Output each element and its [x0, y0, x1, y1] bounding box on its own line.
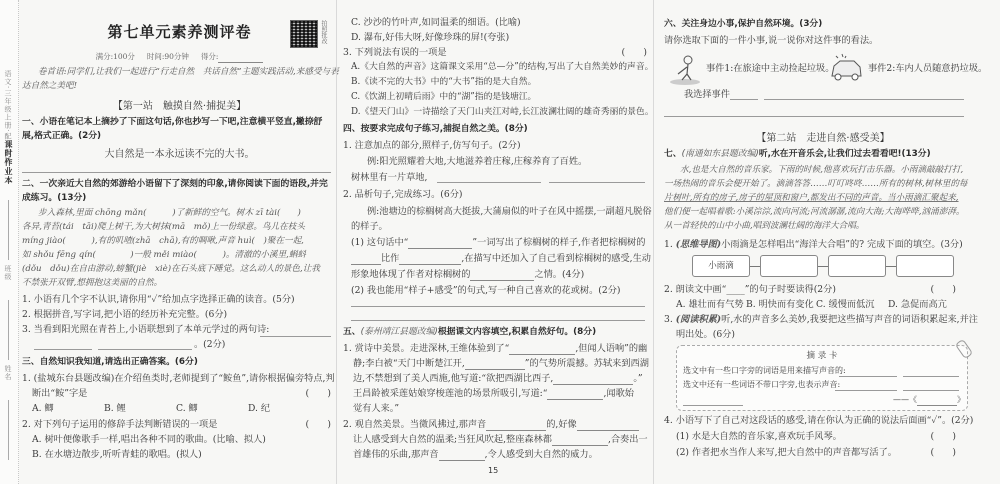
station-2-heading: 【第二站 走进自然·感受美】	[664, 132, 982, 145]
q7-2-answer-paren[interactable]: ( )	[930, 283, 956, 296]
q3-2-option-c[interactable]: C. 沙沙的竹叶声,如同温柔的细语。(比喻)	[351, 16, 653, 29]
q7-title-text: 听,水在开音乐会,让我们过去看看吧!(13分)	[759, 149, 931, 159]
q3-3-stem: 3. 下列说法有误的一项是	[343, 46, 653, 59]
q7-3-tag: (阅读积累)	[676, 314, 721, 325]
option-b[interactable]: B. 明快而有变化	[746, 298, 816, 311]
q5-2-blank[interactable]	[486, 420, 546, 431]
q5-1-part: ”的气势所震撼。苏轼来到西湖	[525, 358, 649, 369]
q4-2-1-part: (1) 这句话中“	[351, 237, 408, 248]
q2-item-2: 2. 根据拼音,写字词,把小语的经历补充完整。(6分)	[22, 308, 337, 321]
q5-2-part: 让人感受到大自然的温柔;当狂风吹起,整座森林都	[353, 434, 552, 445]
excerpt-card-title: 摘 录 卡	[677, 350, 967, 363]
option-c[interactable]: C. 缓慢而低沉	[816, 298, 888, 311]
q4-2-1-part: 之情。(4分)	[534, 269, 584, 280]
q7-3-text: 听,水的声音多么美妙,我要把这些描写声音的词语积累起来,并注	[721, 314, 978, 325]
margin-label-name: 姓名	[3, 365, 13, 381]
event-choice-blank[interactable]	[730, 99, 758, 100]
page-middle-column: C. 沙沙的竹叶声,如同温柔的细语。(比喻) D. 瀑布,好伟大呀,好像珍珠的屏…	[336, 0, 654, 484]
q2-passage-line: 不禁张开双臂,想拥抱这美丽的自然。	[22, 277, 337, 290]
flow-arrow	[886, 266, 896, 267]
q2-passage-line: 如 shǒu fēng qín( )一般 měi miào( )。清澈的小溪里,…	[22, 249, 337, 262]
q2-item-3-blank[interactable]	[34, 349, 92, 350]
q5-1-blank[interactable]	[553, 374, 633, 385]
q3-3-option-a[interactable]: A.《大自然的声音》这篇课文采用“总—分”的结构,写出了大自然美妙的声音。	[351, 61, 653, 74]
q2-item-3: 3. 当看到阳光照在青苔上,小语联想到了本单元学过的两句诗:	[22, 323, 337, 336]
q5-2-part: 的,好像	[546, 419, 576, 430]
q5-title-text: 根据课文内容填空,积累自然好句。(8分)	[438, 327, 596, 337]
margin-brand: 课时作业本	[3, 140, 14, 185]
option-a[interactable]: A. 雄壮而有气势	[676, 298, 746, 311]
q7-passage-line: 一场热闹的音乐会便开始了。滴滴答答……叮叮咚咚……所有的树林,树林里的每	[664, 178, 982, 191]
q7-1-stem: 1. (思维导图)小雨滴是怎样唱出“海洋大合唱”的? 完成下面的填空。(3分)	[664, 238, 982, 251]
q2-title: 二、一次亲近大自然的郊游给小语留下了深刻的印象,请你阅读下面的语段,并完	[22, 178, 337, 191]
excerpt-source: ——《》	[893, 393, 967, 406]
q2-item-3-blank[interactable]	[260, 336, 331, 337]
option-c[interactable]: C. 鲫	[176, 402, 248, 415]
q5-1-text: 静;李白被“天门中断楚江开,”的气势所震撼。苏轼来到西湖	[353, 357, 653, 370]
q2-item-3-blank[interactable]	[98, 349, 192, 350]
q3-2-stem: 2. 对下列句子运用的修辞手法判断错误的一项是	[22, 418, 337, 431]
q6-prompt: 请你选取下面的一件小事,说一说你对这件事的看法。	[664, 34, 982, 47]
q5-2-part: ,令人感受到大自然的威力。	[485, 449, 598, 460]
q5-title: 五、(泰州靖江县题改编)根据课文内容填空,积累自然好句。(8分)	[343, 326, 653, 339]
q4-2-1-blank[interactable]	[470, 270, 534, 281]
q5-1-blank[interactable]	[465, 359, 525, 370]
q7-1-tag: (思维导图)	[676, 239, 721, 250]
excerpt-blank[interactable]	[903, 390, 959, 391]
q5-2-part: ,合奏出一	[608, 434, 648, 445]
q4-2-1-part: ,在描写中还加入了自己看到棕榈树的感受,生动	[461, 253, 651, 264]
q5-2-text: 2. 观自然美景。当微风拂过,那声音的,好像	[343, 418, 653, 431]
q2-passage-line: (dǒu dǒu)在自由游动,螃蟹(jiè xiè)在石头底下睡觉。这么动人的景…	[22, 263, 337, 276]
q4-2-example: 例:池塘边的棕榈树高大挺拔,大蒲扇似的叶子在风中摇摆,一副超凡脱俗	[367, 205, 653, 218]
exam-meta: 满分:100分 时间:90分钟 得分:	[22, 50, 337, 63]
q3-1-answer-paren[interactable]: ( )	[305, 387, 331, 400]
q3-3-option-b[interactable]: B.《读不完的大书》中的“大书”指的是大自然。	[351, 76, 653, 89]
q3-title: 三、自然知识我知道,请选出正确答案。(6分)	[22, 356, 337, 369]
opinion-blank[interactable]	[764, 99, 964, 100]
excerpt-blank[interactable]	[839, 376, 897, 377]
q1-copy-sentence: 大自然是一本永远读不完的大书。	[22, 148, 337, 161]
q1-title: 一、小语在笔记本上摘抄了下面这句话,你也抄写一下吧,注意横平竖直,撇捺舒	[22, 116, 337, 129]
q2-passage-line: míng jiào( ),有的叽喳(zhā chā),有的啁啾,声音 huì( …	[22, 235, 337, 248]
q7-passage-line: 从一首轻快的山中小曲,唱到波澜壮阔的海洋大合唱。	[664, 220, 982, 233]
margin-divider	[8, 200, 9, 260]
opinion-writing-line[interactable]	[664, 116, 964, 117]
q2-passage-line: 步入森林,里面 chōng mǎn( )了新鲜的空气。树木 zī tài( )	[22, 207, 337, 220]
q5-number: 五、	[343, 327, 361, 337]
q5-1-part: 静;李白被“天门中断楚江开,	[353, 358, 465, 369]
excerpt-blank[interactable]	[835, 390, 897, 391]
q5-2-blank[interactable]	[552, 435, 608, 446]
source-blank[interactable]	[917, 395, 957, 406]
margin-divider	[8, 300, 9, 360]
q5-1-part: 边,不禁想到了美人西施,他写道:“欲把西湖比西子,	[353, 373, 553, 384]
q7-source: (南通如东县题改编)	[682, 149, 759, 159]
q5-1-blank[interactable]	[547, 389, 603, 400]
q4-2-1-blank[interactable]	[408, 238, 472, 249]
time-limit: 时间:90分钟	[147, 52, 189, 61]
q5-1-part: 王昌龄被采莲姑娘穿梭莲池的场景所吸引,写道:“	[353, 388, 547, 399]
q5-1-part: 1. 赏诗中美景。走进深林,王维体验到了“	[343, 343, 509, 354]
source-suffix: 》	[957, 395, 965, 404]
page-right-column: 六、关注身边小事,保护自然环境。(3分) 请你选取下面的一件小事,说一说你对这件…	[664, 0, 982, 484]
q5-1-text: 边,不禁想到了美人西施,他写道:“欲把西湖比西子,。”	[353, 372, 653, 385]
q4-2-1-blank[interactable]	[351, 254, 381, 265]
q4-2-stem: 2. 品析句子,完成练习。(6分)	[343, 188, 653, 201]
flow-arrow	[750, 266, 760, 267]
q5-2-blank[interactable]	[439, 450, 485, 461]
margin-label-class: 班级	[3, 265, 13, 281]
option-d[interactable]: D. 纪	[248, 403, 270, 414]
q7-title: 七、(南通如东县题改编)听,水在开音乐会,让我们过去看看吧!(13分)	[664, 148, 982, 161]
q5-1-text: 觉有人来。”	[353, 402, 653, 415]
q4-2-1-blank[interactable]	[399, 254, 461, 265]
q2-title: 成练习。(13分)	[22, 192, 337, 205]
q4-2-1-part: 形象地体现了作者对棕榈树的	[351, 269, 470, 280]
q7-4-stem: 4. 小语写下了自己对这段话的感受,请在你认为正确的说法后面画“✓”。(2分)	[664, 414, 982, 427]
intro-line: 达自然之美吧!	[22, 80, 337, 93]
q2-item-1: 1. 小语有几个字不认识,请你用“✓”给加点字选择正确的读音。(5分)	[22, 293, 337, 306]
q6-title: 六、关注身边小事,保护自然环境。(3分)	[664, 18, 982, 31]
qr-code-icon[interactable]	[290, 20, 318, 48]
station-1-heading: 【第一站 触摸自然·捕捉美】	[22, 100, 337, 113]
qr-label: 拍照批改	[319, 20, 328, 44]
car-littering-illustration-icon	[828, 52, 864, 84]
q7-number: 七、	[664, 149, 682, 159]
child-picking-litter-illustration-icon	[668, 52, 702, 86]
score-blank[interactable]	[218, 52, 263, 63]
q1-writing-line[interactable]	[22, 172, 331, 173]
q4-1-example: 例:阳光照耀着大地,大地滋养着庄稼,庄稼养育了百姓。	[367, 155, 653, 168]
q5-2-text: 首雄伟的乐曲,那声音,令人感受到大自然的威力。	[353, 448, 653, 461]
page-left-column: 第七单元素养测评卷 拍照批改 满分:100分 时间:90分钟 得分: 卷首语:同…	[22, 0, 337, 484]
binding-margin-strip: 语文·三年级上册·配人教版 课时作业本 班级 姓名	[0, 0, 19, 484]
q5-1-blank[interactable]	[509, 344, 575, 355]
q1-title: 展,格式正确。(2分)	[22, 130, 337, 143]
q4-2-2-writing-line[interactable]	[351, 320, 645, 321]
flow-box-2[interactable]	[760, 255, 818, 277]
q4-title: 四、按要求完成句子练习,捕捉自然之美。(8分)	[343, 123, 653, 136]
excerpt-blank[interactable]	[683, 405, 743, 406]
q7-passage-line: 水,也是大自然的音乐家。下雨的时候,他喜欢玩打击乐器。小雨滴敲敲打打,	[664, 164, 982, 177]
q4-1-stem: 1. 注意加点的部分,照样子,仿写句子。(2分)	[343, 139, 653, 152]
q2-item-3-score: 。(2分)	[194, 338, 337, 351]
q5-2-part: 2. 观自然美景。当微风拂过,那声音	[343, 419, 486, 430]
event-2-text: 事件2:车内人员随意扔垃圾。	[868, 62, 982, 75]
q4-2-2-stem: (2) 我也能用“样子+感受”的句式,写一种自己喜欢的花或树。(2分)	[351, 284, 653, 297]
flow-box-4[interactable]	[896, 255, 954, 277]
q5-2-text: 让人感受到大自然的温柔;当狂风吹起,整座森林都,合奏出一	[353, 433, 653, 446]
flow-box-3[interactable]	[828, 255, 886, 277]
q5-1-part: 。”	[633, 373, 642, 384]
q5-1-text: 王昌龄被采莲姑娘穿梭莲池的场景所吸引,写道:“,闻歌始	[353, 387, 653, 400]
q7-passage-line: 他们便一起唱着歌:小溪淙淙,流向河流;河流潺潺,流向大海;大海哗哗,汹涌澎湃。	[664, 206, 982, 219]
q4-2-1-text: (1) 这句话中“”一词写出了棕榈树的样子,作者把棕榈树的	[351, 236, 653, 249]
q5-source: (泰州靖江县题改编)	[361, 327, 438, 337]
q5-1-part: ,闻歌始	[603, 388, 633, 399]
q3-3-option-d[interactable]: D.《望天门山》一诗描绘了天门山夹江对峙,长江波澜壮阔的雄奇秀丽的景色。	[351, 106, 653, 119]
q7-3-stem: 明出处。(6分)	[676, 328, 982, 341]
q4-1-blank[interactable]	[437, 182, 541, 183]
q2-passage-line: 各异,青苔(tái tāi)爬上树干,为大树抹(mā mǒ)上一份绿意。鸟儿在枝…	[22, 221, 337, 234]
q4-2-1-part: ”一词写出了棕榈树的样子,作者把棕榈树的	[472, 237, 645, 248]
flow-box-1: 小雨滴	[692, 255, 750, 277]
q3-3-option-c[interactable]: C.《饮湖上初晴后雨》中的“湖”指的是钱塘江。	[351, 91, 653, 104]
option-b[interactable]: B. 鲤	[104, 402, 176, 415]
q7-2-options: A. 雄壮而有气势B. 明快而有变化C. 缓慢而低沉D. 急促而高亢	[676, 298, 982, 311]
q4-2-1-text: 形象地体现了作者对棕榈树的之情。(4分)	[351, 268, 653, 281]
q3-2-option-b[interactable]: B. 在水塘边散步,听听青蛙的歌唱。(拟人)	[32, 448, 337, 461]
q4-2-2-writing-line[interactable]	[351, 306, 645, 307]
q3-1-stem: 1. (盐城东台县题改编)在介绍鱼类时,老师提到了“𩽾鱼”,请你根据偏旁特点,判	[22, 372, 337, 385]
q3-3-answer-paren[interactable]: ( )	[621, 46, 647, 59]
q7-passage-line: 片树叶,所有的房子,房子的屋顶和窗户,都发出不同的声音。当小雨滴汇聚起来,	[664, 192, 982, 205]
q4-1-blank[interactable]	[549, 182, 645, 183]
q4-2-1-part: 比作	[381, 253, 399, 264]
q7-3-stem: 3. (阅读积累)听,水的声音多么美妙,我要把这些描写声音的词语积累起来,并注	[664, 313, 982, 326]
q3-2-option-a[interactable]: A. 树叶便像歌手一样,唱出各种不同的歌曲。(比喻、拟人)	[32, 433, 337, 446]
q4-2-example: 的样子。	[351, 220, 653, 233]
q5-2-part: 首雄伟的乐曲,那声音	[353, 449, 439, 460]
q5-1-part: ,但闻人语响”的幽	[575, 343, 647, 354]
q5-1-text: 1. 赏诗中美景。走进深林,王维体验到了“,但闻人语响”的幽	[343, 342, 653, 355]
q3-1-options: A. 鲫B. 鲤C. 鲫D. 纪	[32, 402, 337, 415]
full-score: 满分:100分	[96, 52, 135, 61]
margin-divider	[8, 400, 9, 460]
q5-2-blank[interactable]	[577, 420, 639, 431]
excerpt-blank[interactable]	[903, 376, 959, 377]
score-label: 得分:	[201, 52, 219, 61]
source-prefix: ——《	[893, 395, 917, 404]
intro-line: 卷首语:同学们,让我们一起进行“行走自然 共话自然”主题实践活动,来感受与表	[22, 66, 337, 79]
option-a[interactable]: A. 鲫	[32, 402, 104, 415]
option-d[interactable]: D. 急促而高亢	[888, 299, 947, 310]
q4-2-1-text: 比作,在描写中还加入了自己看到棕榈树的感受,生动	[351, 252, 653, 265]
flow-arrow	[818, 266, 828, 267]
q7-1-text: 小雨滴是怎样唱出“海洋大合唱”的? 完成下面的填空。(3分)	[721, 239, 963, 250]
page-number: 15	[488, 466, 498, 475]
q7-4-2-answer-paren[interactable]: ( )	[930, 446, 956, 459]
excerpt-card: 摘 录 卡 选文中有一些口字旁的词语是用来描写声音的: 选文中还有一些词语不带口…	[676, 345, 968, 411]
q7-4-1-answer-paren[interactable]: ( )	[930, 430, 956, 443]
q3-2-answer-paren[interactable]: ( )	[305, 418, 331, 431]
q3-1-stem: 断出“𩽾”字是	[32, 387, 337, 400]
q3-2-option-d[interactable]: D. 瀑布,好伟大呀,好像珍珠的屏!(夸张)	[351, 31, 653, 44]
